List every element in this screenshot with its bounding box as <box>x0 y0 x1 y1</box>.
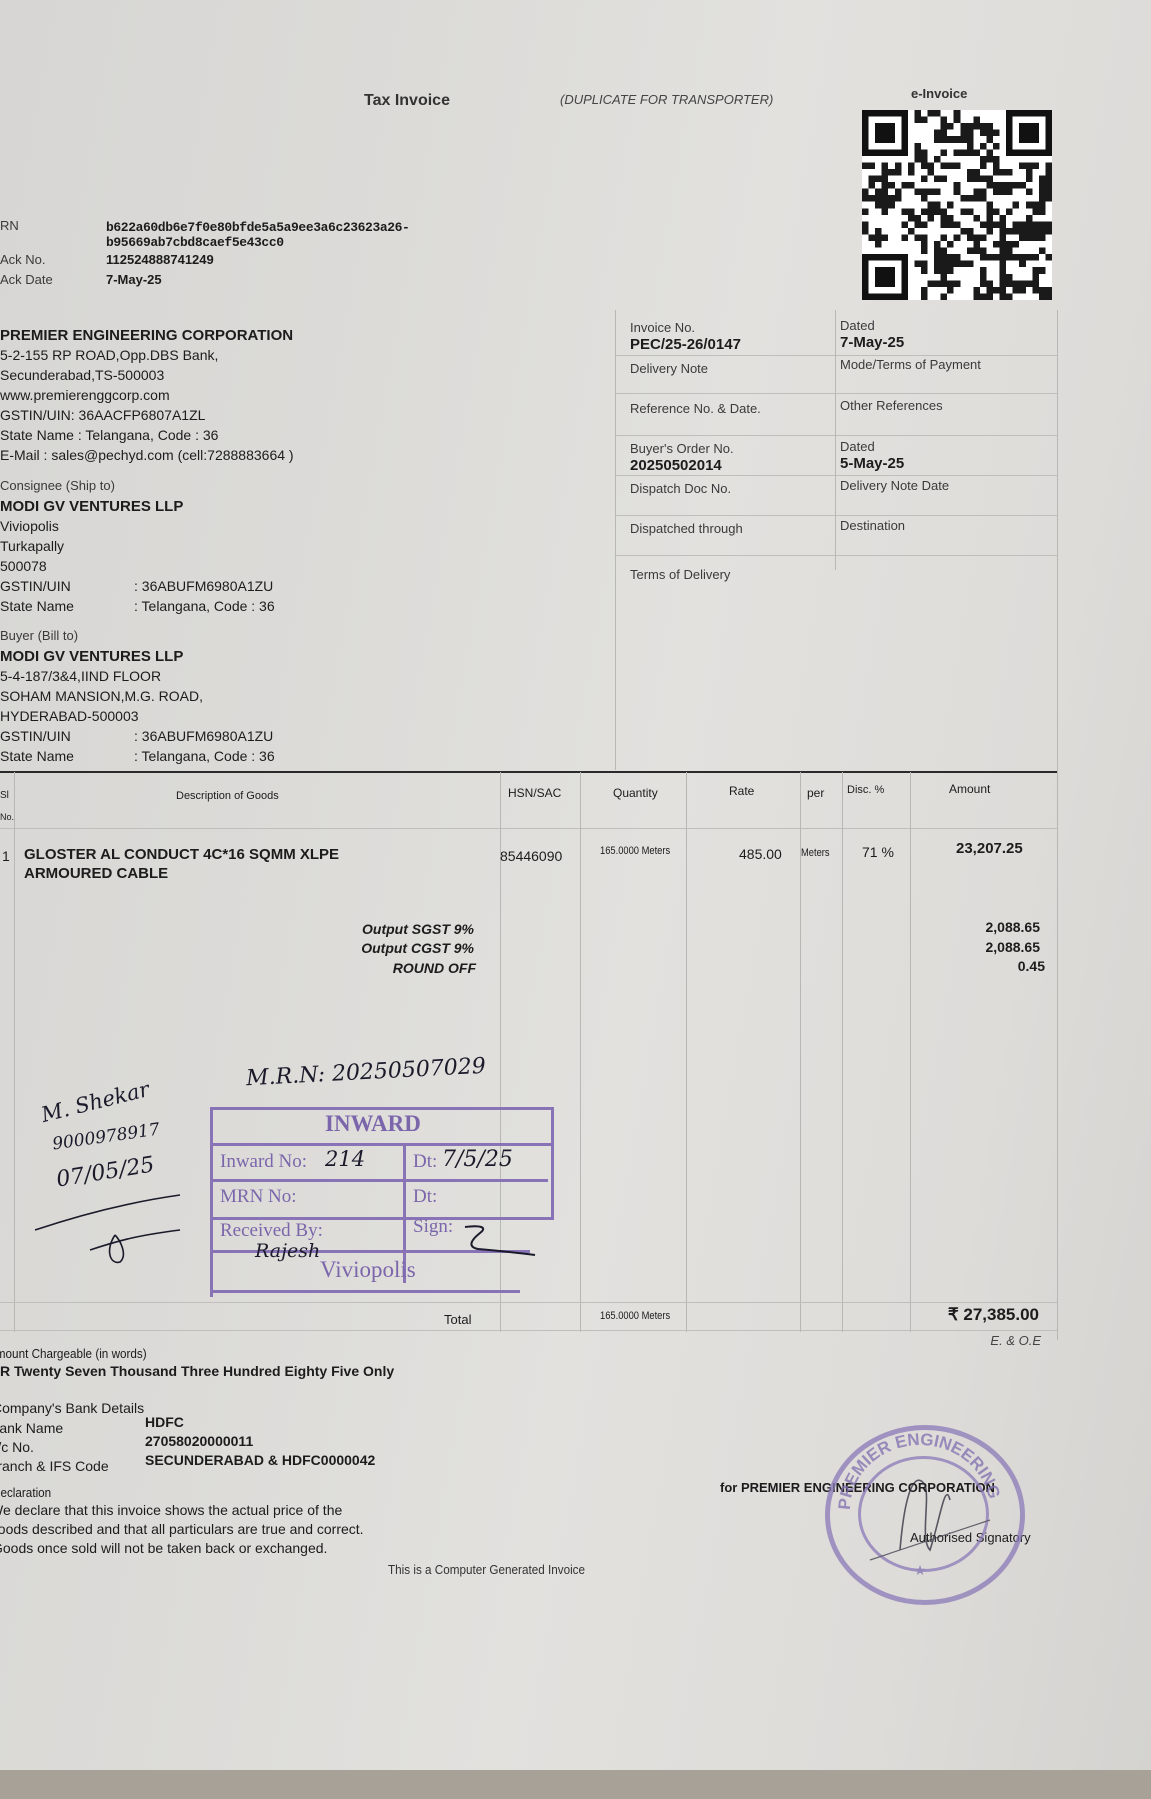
handwritten-scribble-icon <box>30 1190 190 1270</box>
qr-code-icon <box>862 110 1052 300</box>
svg-text:PREMIER ENGINEERING CORPORATIO: PREMIER ENGINEERING CORPORATION <box>830 1430 1005 1510</box>
buyer-state: : Telangana, Code : 36 <box>134 748 275 764</box>
consignee-gstin: : 36ABUFM6980A1ZU <box>134 578 273 594</box>
seller-gstin: GSTIN/UIN: 36AACFP6807A1ZL <box>0 407 205 423</box>
stamp-dt-value: 7/5/25 <box>442 1147 513 1172</box>
irn-label: RN <box>0 218 19 233</box>
buyer-order-value: 20250502014 <box>630 457 722 474</box>
round-off-label: ROUND OFF <box>393 960 476 976</box>
einvoice-label: e-Invoice <box>911 86 967 101</box>
total-quantity: 165.0000 Meters <box>600 1310 670 1322</box>
bank-name-value: HDFC <box>145 1414 184 1430</box>
consignee-heading: Consignee (Ship to) <box>0 478 115 493</box>
handwritten-mrn-note: M.R.N: 20250507029 <box>246 1054 487 1092</box>
invoice-page: Tax Invoice (DUPLICATE FOR TRANSPORTER) … <box>0 0 1151 1770</box>
round-off-amount: 0.45 <box>1018 958 1045 974</box>
declaration-line1: We declare that this invoice shows the a… <box>0 1502 342 1518</box>
col-hsn-header: HSN/SAC <box>508 786 561 800</box>
col-description-header: Description of Goods <box>176 790 279 802</box>
irn-value-line1: b622a60db6e7f0e80bfde5a5a9ee3a6c23623a26… <box>106 220 409 235</box>
bank-heading: Company's Bank Details <box>0 1400 144 1416</box>
payment-terms-label: Mode/Terms of Payment <box>840 357 981 372</box>
irn-value-line2: b95669ab7cbd8caef5e43cc0 <box>106 235 284 250</box>
col-quantity-header: Quantity <box>613 786 658 800</box>
col-sl-header: Sl <box>0 790 9 801</box>
company-seal-icon: PREMIER ENGINEERING CORPORATION ★ <box>825 1425 1025 1605</box>
seller-state: State Name : Telangana, Code : 36 <box>0 427 218 443</box>
buyer-line3: HYDERABAD-500003 <box>0 708 139 724</box>
col-no-header: No. <box>0 812 14 822</box>
tax-cgst-amount: 2,088.65 <box>986 939 1041 955</box>
item-description-line1: GLOSTER AL CONDUCT 4C*16 SQMM XLPE <box>24 846 339 863</box>
inward-stamp: INWARD Inward No: 214 Dt: 7/5/25 MRN No:… <box>210 1107 560 1303</box>
dated-label: Dated <box>840 318 875 333</box>
order-dated-label: Dated <box>840 439 875 454</box>
declaration-heading: Declaration <box>0 1485 51 1500</box>
stamp-signature-icon <box>460 1219 540 1259</box>
item-quantity: 165.0000 Meters <box>600 845 670 857</box>
ack-no-value: 112524888741249 <box>106 252 214 267</box>
copy-label: (DUPLICATE FOR TRANSPORTER) <box>560 92 773 107</box>
handwritten-name: M. Shekar <box>39 1077 152 1127</box>
ack-date-value: 7-May-25 <box>106 272 162 287</box>
consignee-name: MODI GV VENTURES LLP <box>0 498 183 515</box>
destination-label: Destination <box>840 518 905 533</box>
account-no-value: 27058020000011 <box>145 1433 253 1449</box>
delivery-note-date-label: Delivery Note Date <box>840 478 949 493</box>
stamp-received-label: Received By: <box>220 1220 323 1242</box>
item-disc: 71 % <box>862 844 894 860</box>
handwritten-phone: 9000978917 <box>51 1120 161 1155</box>
seller-address-line2: Secunderabad,TS-500003 <box>0 367 164 383</box>
seller-address-line1: 5-2-155 RP ROAD,Opp.DBS Bank, <box>0 347 218 363</box>
stamp-mrn-dt-label: Dt: <box>413 1186 437 1208</box>
reference-label: Reference No. & Date. <box>630 401 761 416</box>
stamp-sign-label: Sign: <box>413 1216 453 1238</box>
stamp-inward-no-label: Inward No: <box>220 1151 307 1173</box>
buyer-state-label: State Name <box>0 748 74 764</box>
buyer-line1: 5-4-187/3&4,IIND FLOOR <box>0 668 161 684</box>
seller-email: E-Mail : sales@pechyd.com (cell:72888836… <box>0 447 294 463</box>
document-title: Tax Invoice <box>364 92 450 110</box>
consignee-line2: Turkapally <box>0 538 64 554</box>
tax-cgst-label: Output CGST 9% <box>361 940 474 956</box>
item-rate: 485.00 <box>739 846 782 862</box>
other-references-label: Other References <box>840 398 943 413</box>
seller-website: www.premierenggcorp.com <box>0 387 170 403</box>
seller-name: PREMIER ENGINEERING CORPORATION <box>0 327 293 344</box>
tax-sgst-amount: 2,088.65 <box>986 919 1041 935</box>
computer-generated-note: This is a Computer Generated Invoice <box>388 1562 585 1577</box>
eoe-label: E. & O.E <box>990 1333 1041 1348</box>
amount-words-label: Amount Chargeable (in words) <box>0 1346 147 1361</box>
invoice-no-value: PEC/25-26/0147 <box>630 336 741 353</box>
order-dated-value: 5-May-25 <box>840 455 904 472</box>
stamp-mrn-label: MRN No: <box>220 1186 297 1208</box>
bank-name-label: Bank Name <box>0 1420 63 1436</box>
stamp-dt-label: Dt: <box>413 1151 437 1173</box>
total-amount: ₹ 27,385.00 <box>948 1305 1039 1325</box>
declaration-line3: Goods once sold will not be taken back o… <box>0 1540 327 1556</box>
item-per: Meters <box>801 847 830 859</box>
account-no-label: A/c No. <box>0 1439 34 1455</box>
consignee-gstin-label: GSTIN/UIN <box>0 578 71 594</box>
handwritten-date: 07/05/25 <box>55 1152 157 1192</box>
ack-no-label: Ack No. <box>0 252 46 267</box>
buyer-name: MODI GV VENTURES LLP <box>0 648 183 665</box>
branch-ifsc-label: Branch & IFS Code <box>0 1458 109 1474</box>
consignee-state: : Telangana, Code : 36 <box>134 598 275 614</box>
consignee-line1: Viviopolis <box>0 518 59 534</box>
terms-of-delivery-label: Terms of Delivery <box>630 567 730 582</box>
buyer-heading: Buyer (Bill to) <box>0 628 78 643</box>
background-surface <box>0 1770 1151 1799</box>
stamp-received-by: Rajesh <box>255 1240 320 1262</box>
declaration-line2: goods described and that all particulars… <box>0 1521 364 1537</box>
buyer-gstin: : 36ABUFM6980A1ZU <box>134 728 273 744</box>
delivery-note-label: Delivery Note <box>630 361 708 376</box>
branch-ifsc-value: SECUNDERABAD & HDFC0000042 <box>145 1452 375 1468</box>
item-description-line2: ARMOURED CABLE <box>24 865 168 882</box>
amount-words-value: INR Twenty Seven Thousand Three Hundred … <box>0 1363 394 1379</box>
buyer-line2: SOHAM MANSION,M.G. ROAD, <box>0 688 203 704</box>
item-sl: 1 <box>2 848 10 864</box>
consignee-state-label: State Name <box>0 598 74 614</box>
consignee-line3: 500078 <box>0 558 47 574</box>
dated-value: 7-May-25 <box>840 334 904 351</box>
stamp-site: Viviopolis <box>320 1257 416 1283</box>
stamp-title: INWARD <box>325 1111 421 1137</box>
col-amount-header: Amount <box>949 782 990 796</box>
col-rate-header: Rate <box>729 784 754 798</box>
col-per-header: per <box>807 786 824 800</box>
buyer-order-label: Buyer's Order No. <box>630 441 734 456</box>
item-hsn: 85446090 <box>500 848 562 864</box>
svg-text:★: ★ <box>914 1563 927 1579</box>
invoice-no-label: Invoice No. <box>630 320 695 335</box>
col-disc-header: Disc. % <box>847 784 884 796</box>
dispatched-through-label: Dispatched through <box>630 521 743 536</box>
buyer-gstin-label: GSTIN/UIN <box>0 728 71 744</box>
total-label: Total <box>444 1312 471 1327</box>
tax-sgst-label: Output SGST 9% <box>362 921 474 937</box>
dispatch-doc-label: Dispatch Doc No. <box>630 481 731 496</box>
stamp-inward-no-value: 214 <box>325 1147 365 1171</box>
item-amount: 23,207.25 <box>956 840 1023 857</box>
ack-date-label: Ack Date <box>0 272 53 287</box>
